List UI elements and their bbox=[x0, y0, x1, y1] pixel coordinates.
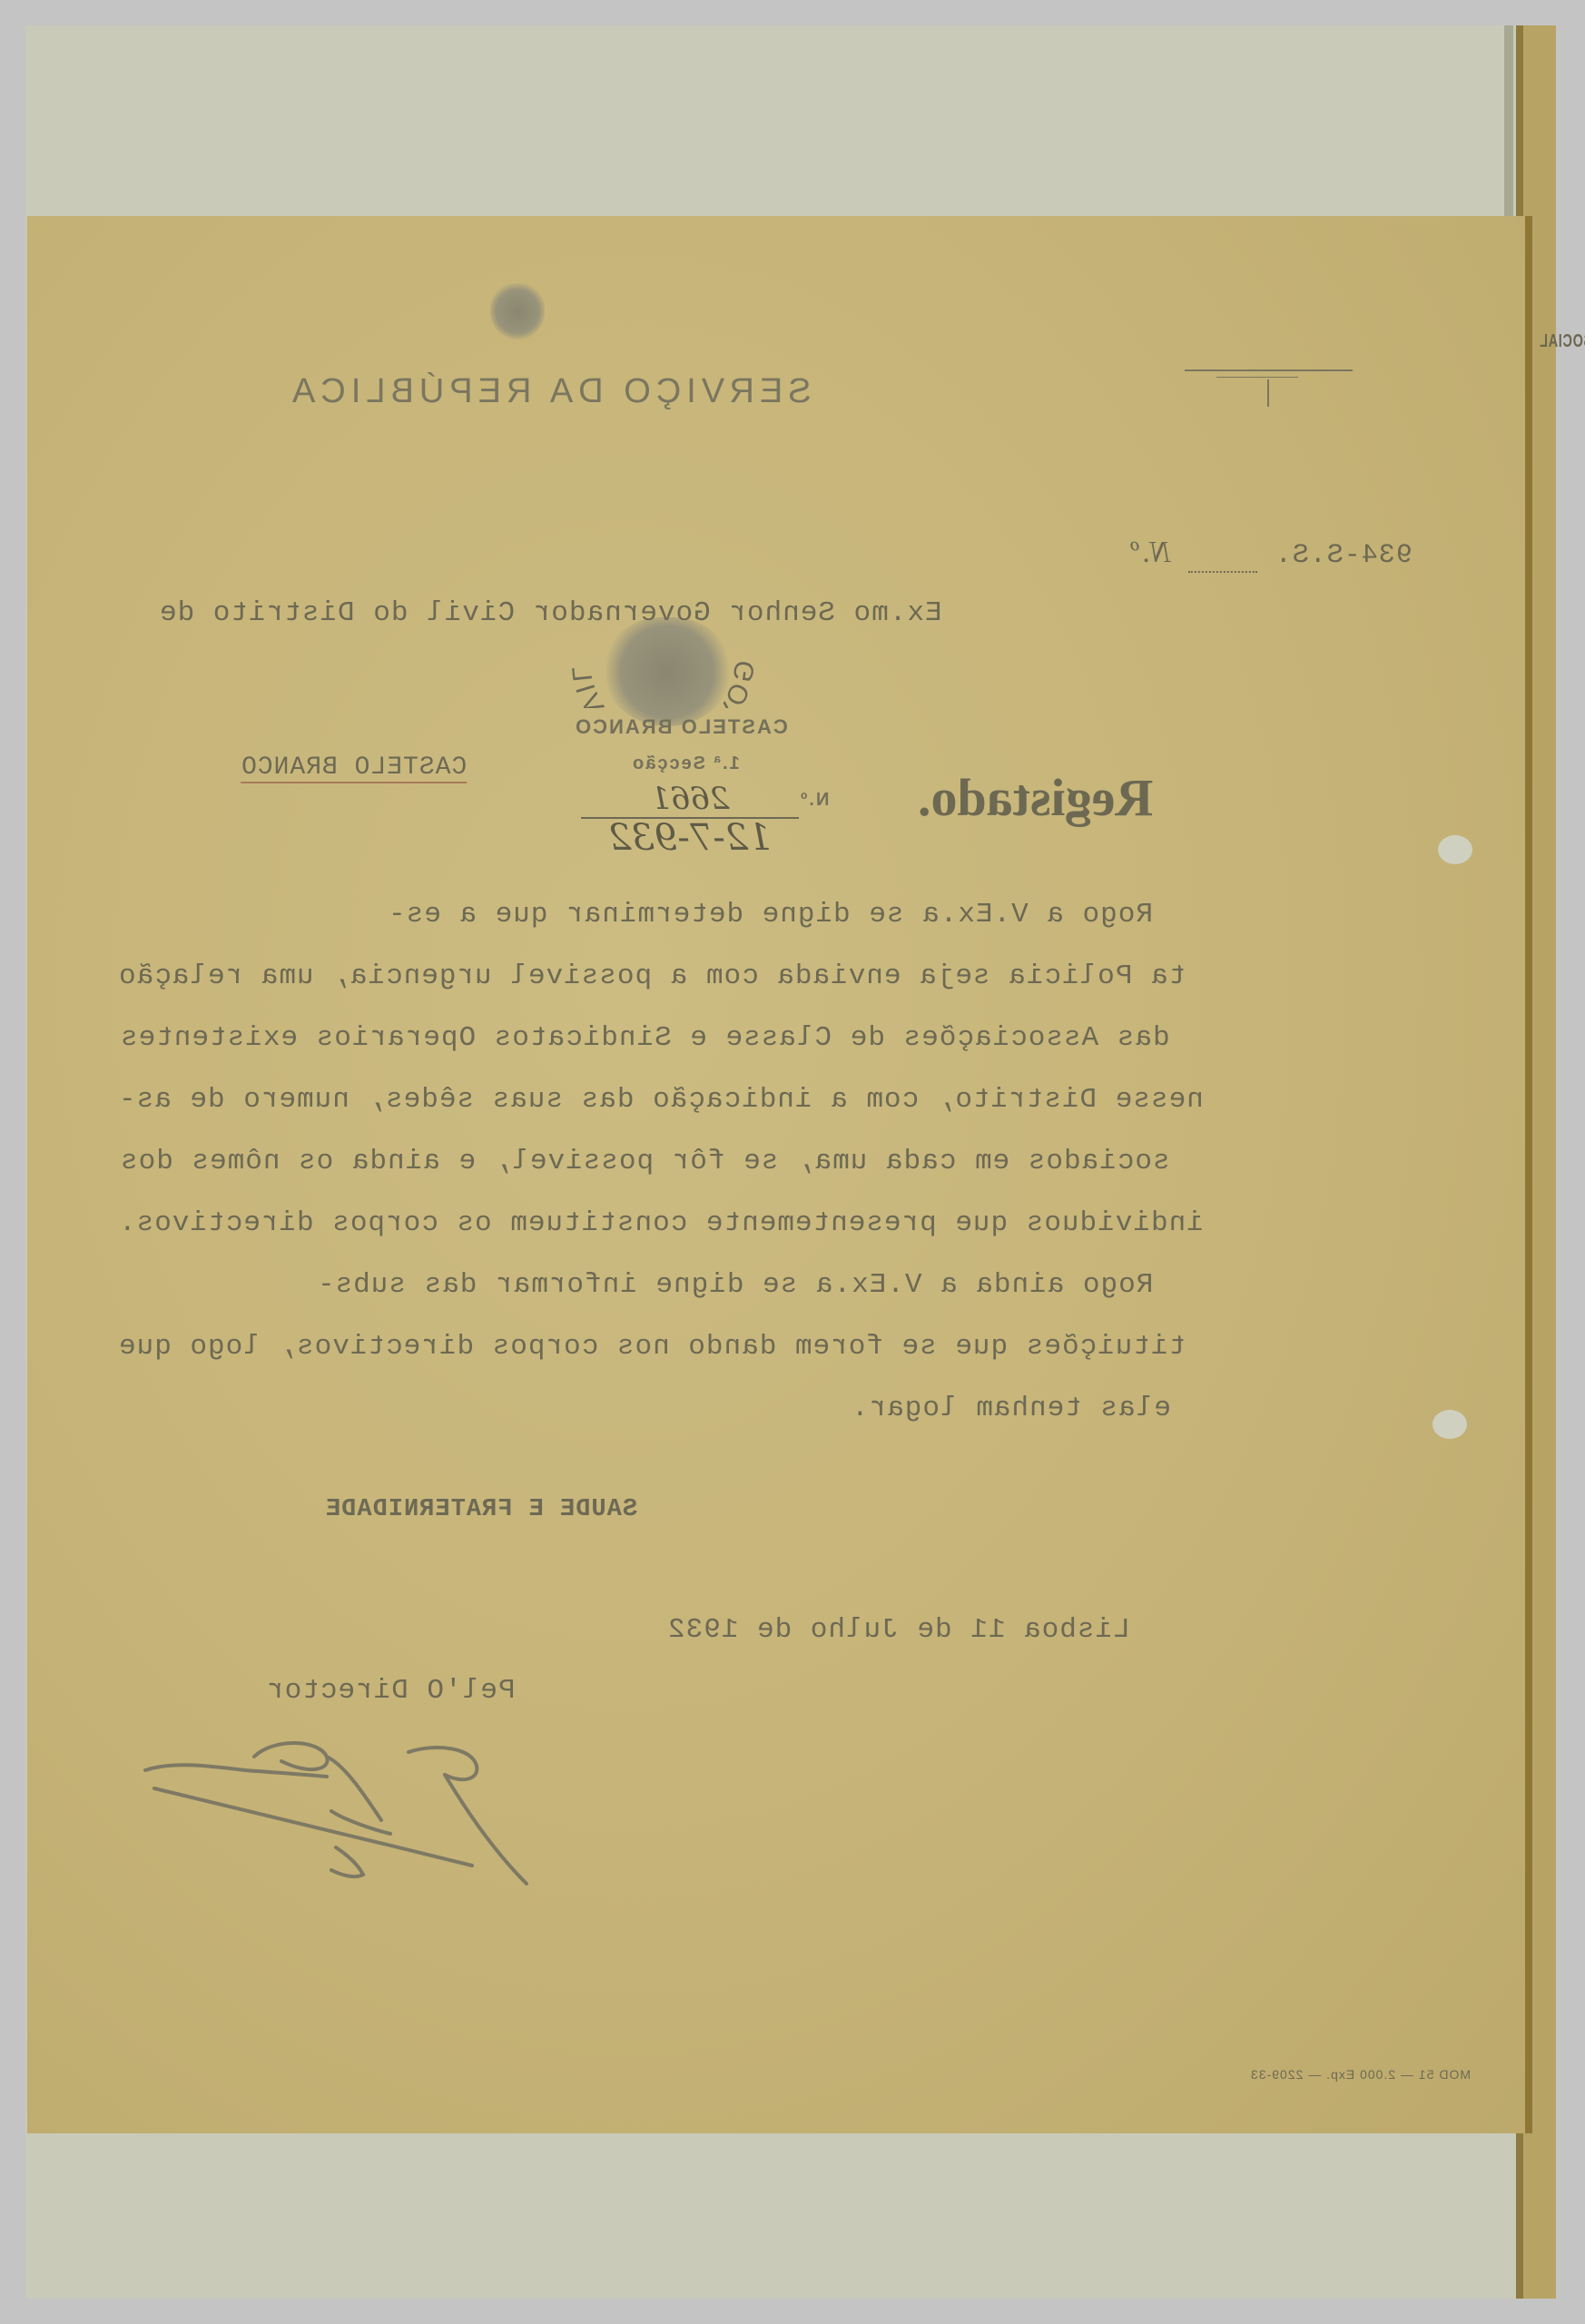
handwritten-signature-icon bbox=[136, 1720, 590, 1893]
body-line: Rogo a V.Ex.a se digne determinar que a … bbox=[388, 899, 1153, 931]
body-line: tituições que se forem dando nos corpos … bbox=[118, 1331, 1186, 1363]
punch-hole bbox=[1438, 835, 1472, 864]
signature-label: Pel'O Director bbox=[266, 1675, 515, 1707]
coat-of-arms-emblem bbox=[490, 283, 545, 340]
stamp-emblem bbox=[604, 617, 731, 726]
body-paragraph-1: Rogo a V.Ex.a se digne determinar que a … bbox=[118, 899, 1171, 1269]
letterhead-rule bbox=[1185, 369, 1353, 371]
body-line: individuos que presentemente constituem … bbox=[118, 1207, 1204, 1239]
body-line: elas tenham logar. bbox=[851, 1393, 1171, 1424]
reference-label: N.º bbox=[1130, 536, 1171, 569]
letterhead-rule bbox=[1216, 377, 1298, 378]
letterhead-rule-tick bbox=[1267, 379, 1269, 407]
registado-number-label: N.º bbox=[799, 790, 829, 811]
body-line: Rogo ainda a V.Ex.a se digne informar da… bbox=[317, 1269, 1153, 1301]
backing-fold-line bbox=[1504, 25, 1513, 218]
registado-number: 2661 bbox=[651, 781, 730, 817]
body-paragraph-2: Rogo ainda a V.Ex.a se digne informar da… bbox=[118, 1269, 1171, 1454]
punch-hole bbox=[1432, 1410, 1467, 1439]
page-edge-shadow bbox=[1525, 216, 1532, 2133]
registado-date: 12-7-932 bbox=[608, 817, 772, 859]
letterhead-agency-subtitle: SECÇÃO DE VIGILANCIA POLÍTICA E SOCIAL bbox=[1539, 331, 1585, 352]
body-line: das Associações de Classe e Sindicatos O… bbox=[120, 1022, 1170, 1054]
form-code: MOD 51 — 2.000 Exp. — 2209-33 bbox=[1250, 2067, 1471, 2082]
addressee-place: CASTELO BRANCO bbox=[241, 753, 467, 783]
reference-value: 934-S.S. bbox=[1275, 540, 1413, 571]
letterhead-servico-title: SERVIÇO DA REPÚBLICA bbox=[287, 372, 812, 411]
date-line: Lisboa 11 de Julho de 1932 bbox=[667, 1614, 1130, 1646]
closing-salutation: SAUDE E FRATERNIDADE bbox=[325, 1496, 637, 1523]
stamp-section: 1.ª Secção bbox=[631, 753, 740, 774]
body-line: sociados em cada uma, se fôr possivel, e… bbox=[120, 1146, 1170, 1177]
registado-label: Registado. bbox=[918, 767, 1153, 828]
stamp-city: CASTELO BRANCO bbox=[574, 715, 788, 739]
body-line: ta Policia seja enviada com a possivel u… bbox=[118, 960, 1186, 992]
addressee-line: Ex.mo Senhor Governador Civil do Distrit… bbox=[159, 597, 942, 629]
body-line: nesse Distrito, com a indicação das suas… bbox=[118, 1084, 1204, 1116]
